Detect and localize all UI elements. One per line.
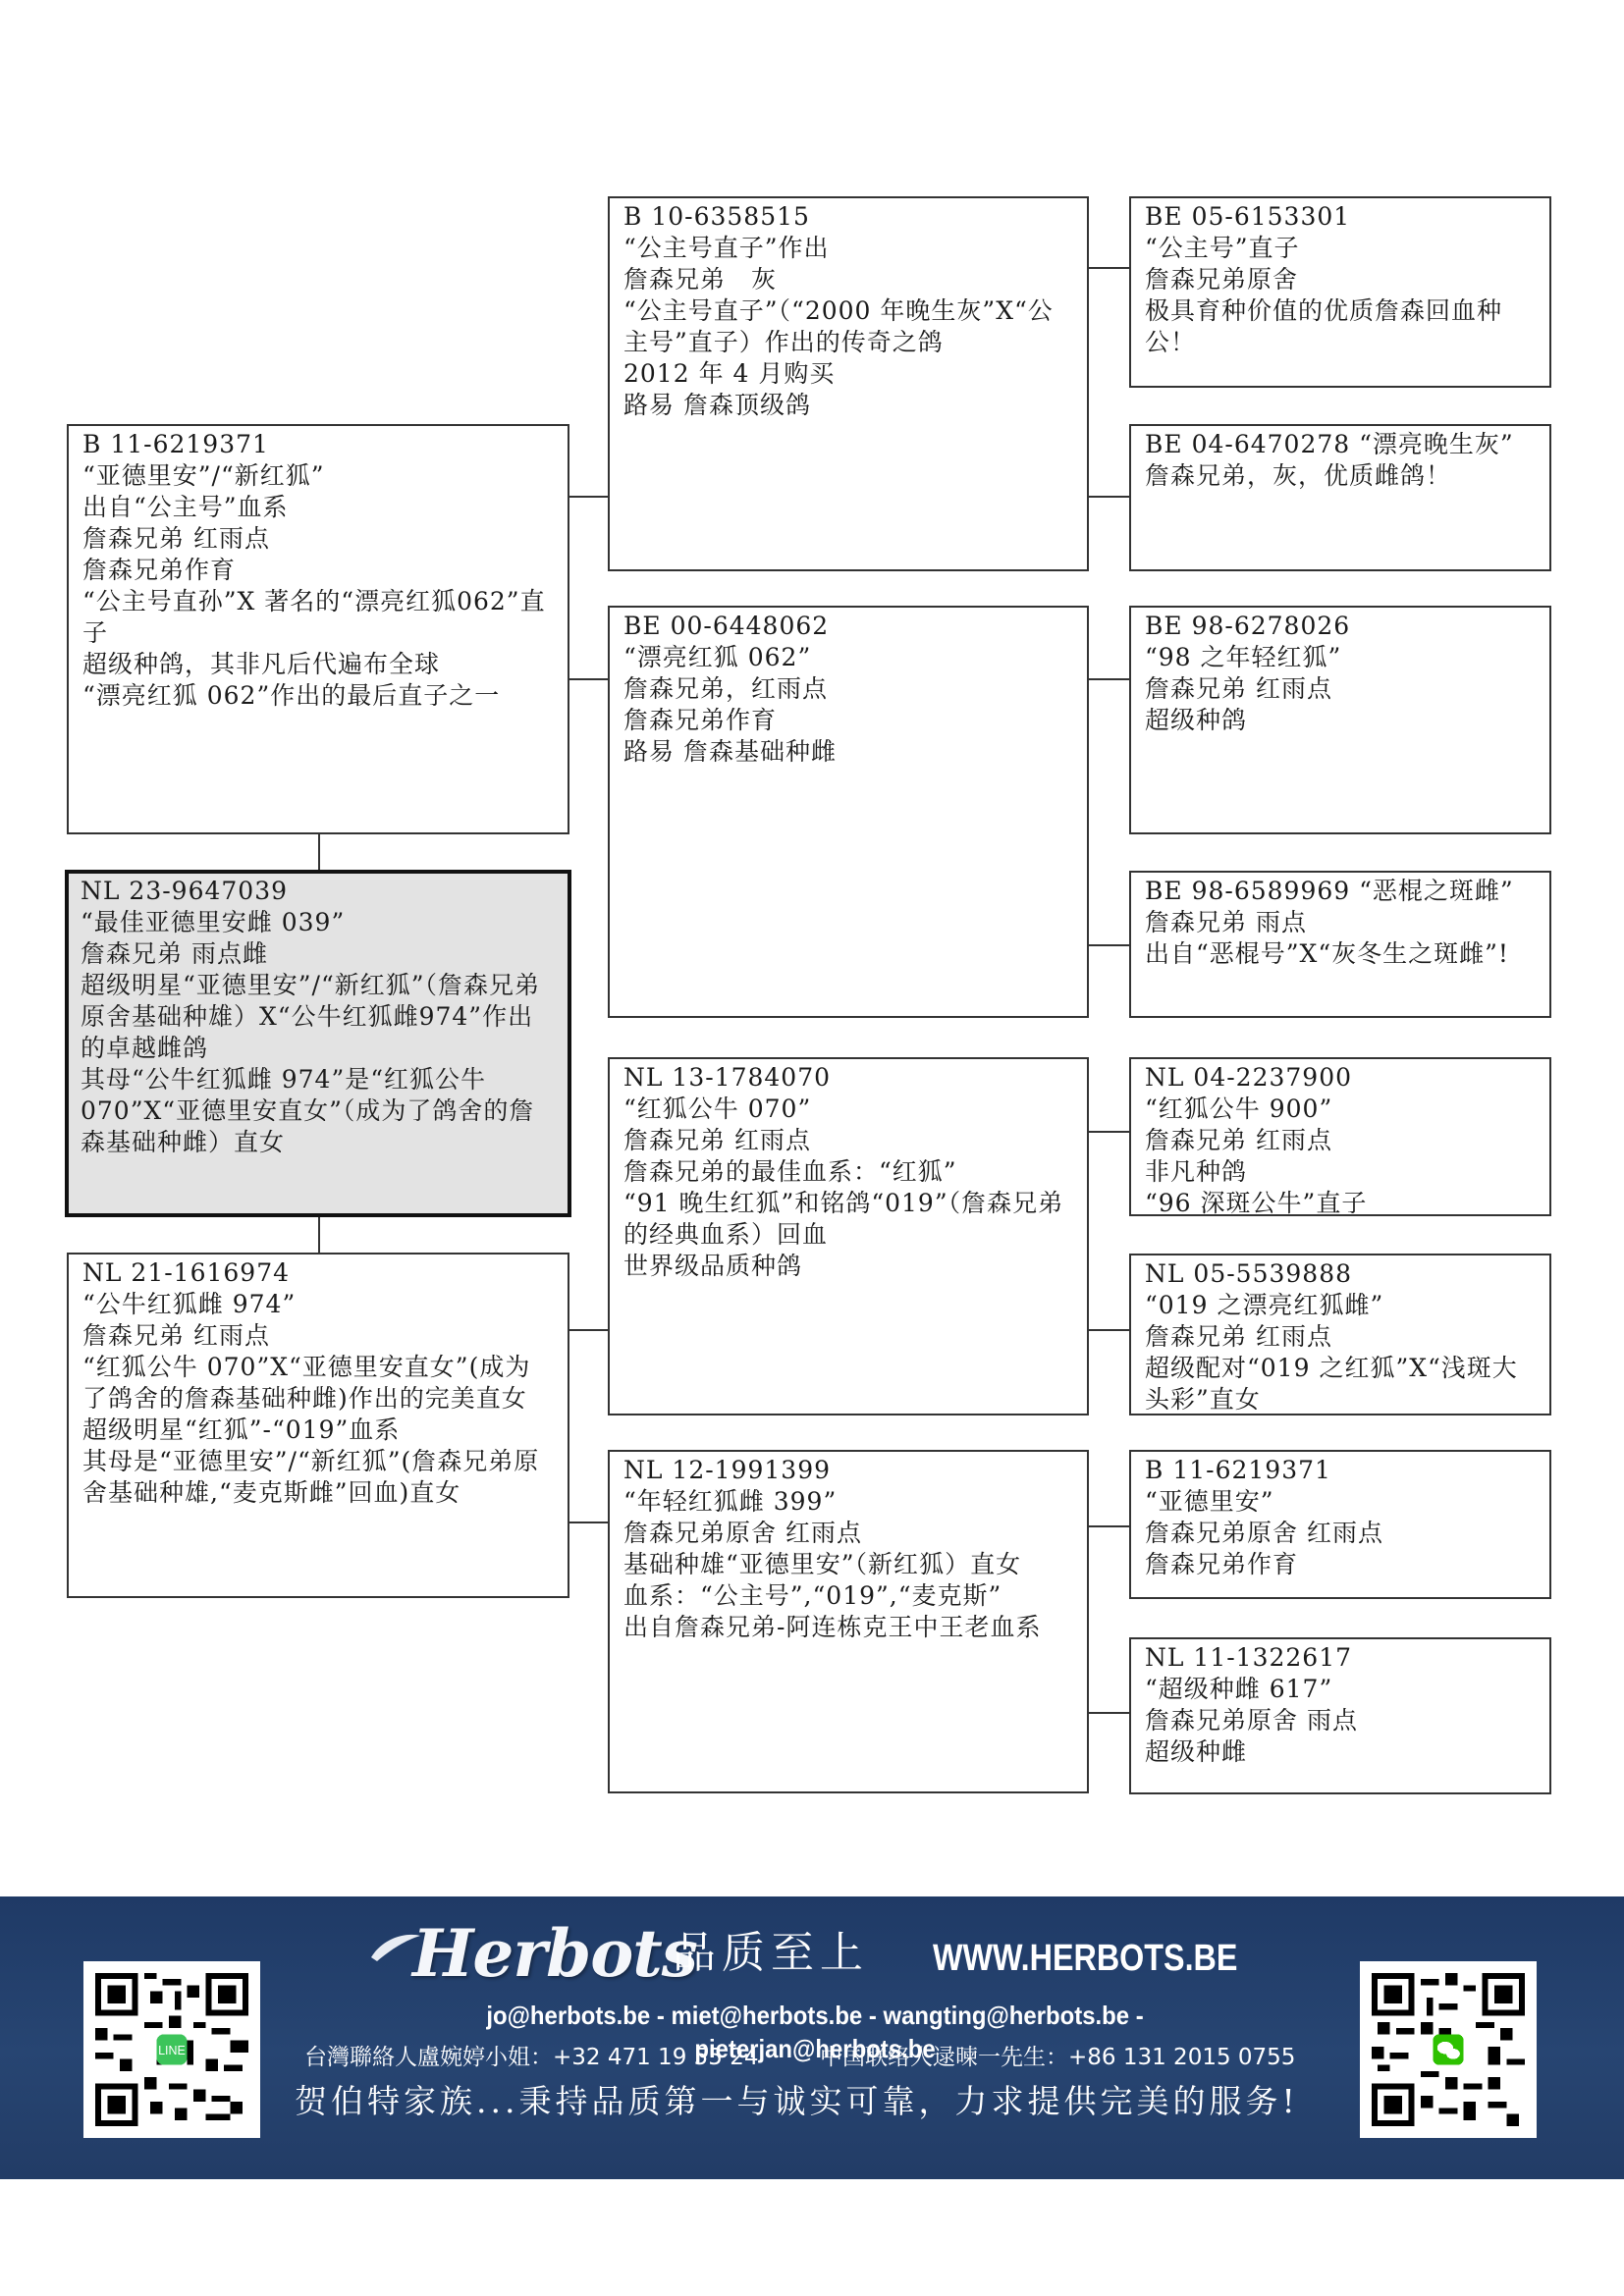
ring-number: NL 05-5539888 (1145, 1258, 1536, 1290)
pigeon-note: 詹森兄弟作育 (623, 705, 1073, 736)
brand-header: Herbots 品质至上 WWW.HERBOTS.BE (373, 1914, 1247, 1993)
ring-number: B 11-6219371 (1145, 1455, 1536, 1486)
sire-note: “漂亮红狐 062”作出的最后直子之一 (82, 680, 554, 712)
sire-ring-number: B 11-6219371 (82, 429, 554, 460)
subject-card: NL 23-9647039 “最佳亚德里安雌 039” 詹森兄弟 雨点雌 超级明… (65, 870, 571, 1217)
sire-color: 詹森兄弟 红雨点 (82, 523, 554, 555)
dam-ring-number: NL 21-1616974 (82, 1257, 554, 1289)
connector (1089, 944, 1129, 946)
connector (1089, 267, 1129, 269)
great-grandparent-card: BE 04-6470278 “漂亮晚生灰” 詹森兄弟，灰，优质雌鸽！ (1129, 424, 1551, 571)
pigeon-color: 詹森兄弟 雨点 (1145, 907, 1536, 938)
ring-number: BE 00-6448062 (623, 611, 1073, 642)
pigeon-note: 超级种鸽 (1145, 705, 1536, 736)
pigeon-name: “公主号直子”作出 (623, 233, 1073, 264)
pigeon-name: “亚德里安” (1145, 1486, 1536, 1518)
pigeon-note: “96 深斑公牛”直子 (1145, 1188, 1536, 1216)
ring-number: NL 12-1991399 (623, 1455, 1073, 1486)
sire-card: B 11-6219371 “亚德里安”/“新红狐” 出自“公主号”血系 詹森兄弟… (67, 424, 569, 834)
pigeon-note: 超级种雌 (1145, 1736, 1536, 1768)
connector (318, 1217, 320, 1253)
pigeon-note: 詹森兄弟，灰，优质雌鸽！ (1145, 460, 1536, 492)
great-grandparent-card: NL 05-5539888 “019 之漂亮红狐雌” 詹森兄弟 红雨点 超级配对… (1129, 1254, 1551, 1415)
pigeon-note: 詹森兄弟作育 (1145, 1549, 1536, 1580)
great-grandparent-card: NL 11-1322617 “超级种雌 617” 詹森兄弟原舍 雨点 超级种雌 (1129, 1637, 1551, 1794)
pigeon-color: 詹森兄弟，红雨点 (623, 673, 1073, 705)
connector (1089, 678, 1129, 680)
sire-breeder: 詹森兄弟作育 (82, 555, 554, 586)
sire-dam-card: BE 00-6448062 “漂亮红狐 062” 詹森兄弟，红雨点 詹森兄弟作育… (608, 606, 1089, 1018)
ring-number: NL 11-1322617 (1145, 1642, 1536, 1674)
pigeon-color: 詹森兄弟 红雨点 (1145, 1321, 1536, 1353)
pigeon-name: “漂亮红狐 062” (623, 642, 1073, 673)
ring-number: B 10-6358515 (623, 201, 1073, 233)
subject-ring-number: NL 23-9647039 (81, 876, 556, 907)
pigeon-name: “红狐公牛 070” (623, 1094, 1073, 1125)
pigeon-note: 超级配对“019 之红狐”X“浅斑大头彩”直女 (1145, 1353, 1536, 1415)
dam-note: “红狐公牛 070”X“亚德里安直女”(成为了鸽舍的詹森基础种雌)作出的完美直女 (82, 1352, 554, 1415)
pigeon-note: 非凡种鸽 (1145, 1156, 1536, 1188)
subject-note: 超级明星“亚德里安”/“新红狐”（詹森兄弟原舍基础种雄）X“公牛红狐雌974”作… (81, 970, 556, 1064)
ring-number: BE 98-6589969 “恶棍之斑雌” (1145, 876, 1536, 907)
connector (569, 496, 608, 498)
connector (1089, 496, 1129, 498)
sire-note: 超级种鸽，其非凡后代遍布全球 (82, 649, 554, 680)
connector (318, 834, 320, 871)
subject-color: 詹森兄弟 雨点雌 (81, 938, 556, 970)
great-grandparent-card: B 11-6219371 “亚德里安” 詹森兄弟原舍 红雨点 詹森兄弟作育 (1129, 1450, 1551, 1599)
connector (1089, 1131, 1129, 1133)
great-grandparent-card: BE 05-6153301 “公主号”直子 詹森兄弟原舍 极具育种价值的优质詹森… (1129, 196, 1551, 388)
wechat-qr-code[interactable] (1360, 1961, 1537, 2138)
pigeon-note: “公主号直子”（“2000 年晚生灰”X“公主号”直子）作出的传奇之鸽 (623, 295, 1073, 358)
pigeon-color: 詹森兄弟原舍 红雨点 (1145, 1518, 1536, 1549)
pigeon-name: “超级种雌 617” (1145, 1674, 1536, 1705)
great-grandparent-card: NL 04-2237900 “红狐公牛 900” 詹森兄弟 红雨点 非凡种鸽 “… (1129, 1057, 1551, 1216)
brand-logo: Herbots (412, 1914, 697, 1993)
pigeon-name: “红狐公牛 900” (1145, 1094, 1536, 1125)
subject-note: 其母“公牛红狐雌 974”是“红狐公牛070”X“亚德里安直女”（成为了鸽舍的詹… (81, 1064, 556, 1158)
pigeon-note: 极具育种价值的优质詹森回血种公！ (1145, 295, 1536, 358)
connector (569, 1329, 608, 1331)
dam-color: 詹森兄弟 红雨点 (82, 1320, 554, 1352)
dam-note: 其母是“亚德里安”/“新红狐”(詹森兄弟原舍基础种雄,“麦克斯雌”回血)直女 (82, 1446, 554, 1509)
pigeon-color: 詹森兄弟 灰 (623, 264, 1073, 295)
footer-banner: LINE Herbots 品质至上 WWW.HERBOTS.BE jo@herb… (0, 1896, 1624, 2179)
tagline: 贺伯特家族...秉持品质第一与诚实可靠，力求提供完美的服务! (295, 2079, 1326, 2124)
pigeon-color: 詹森兄弟原舍 红雨点 (623, 1518, 1073, 1549)
great-grandparent-card: BE 98-6589969 “恶棍之斑雌” 詹森兄弟 雨点 出自“恶棍号”X“灰… (1129, 871, 1551, 1018)
taiwan-contact: 台灣聯絡人盧婉婷小姐：+32 471 19 55 24 (304, 2042, 758, 2073)
pigeon-note: 血系：“公主号”,“019”,“麦克斯” (623, 1580, 1073, 1612)
connector (1089, 1525, 1129, 1527)
svg-text:LINE: LINE (158, 2044, 186, 2057)
pigeon-name: “年轻红狐雌 399” (623, 1486, 1073, 1518)
pigeon-name: “公主号”直子 (1145, 233, 1536, 264)
dam-note: 超级明星“红狐”-“019”血系 (82, 1415, 554, 1446)
connector (1089, 1329, 1129, 1331)
connector (569, 678, 608, 680)
ring-number: NL 13-1784070 (623, 1062, 1073, 1094)
pigeon-note: 2012 年 4 月购买 (623, 358, 1073, 390)
pigeon-note: 路易 詹森基础种雌 (623, 736, 1073, 768)
great-grandparent-card: BE 98-6278026 “98 之年轻红狐” 詹森兄弟 红雨点 超级种鸽 (1129, 606, 1551, 834)
pigeon-note: “91 晚生红狐”和铭鸽“019”（詹森兄弟的经典血系）回血 (623, 1188, 1073, 1251)
china-contact: 中国联络人逯暕一先生：+86 131 2015 0755 (820, 2042, 1295, 2073)
line-qr-code[interactable]: LINE (83, 1961, 260, 2138)
pigeon-note: 詹森兄弟的最佳血系：“红狐” (623, 1156, 1073, 1188)
dam-sire-card: NL 13-1784070 “红狐公牛 070” 詹森兄弟 红雨点 詹森兄弟的最… (608, 1057, 1089, 1415)
ring-number: NL 04-2237900 (1145, 1062, 1536, 1094)
pigeon-note: 世界级品质种鸽 (623, 1251, 1073, 1282)
pigeon-name: “98 之年轻红狐” (1145, 642, 1536, 673)
ring-number: BE 04-6470278 “漂亮晚生灰” (1145, 429, 1536, 460)
pigeon-note: 基础种雄“亚德里安”（新红狐）直女 (623, 1549, 1073, 1580)
subject-name: “最佳亚德里安雌 039” (81, 907, 556, 938)
dam-name: “公牛红狐雌 974” (82, 1289, 554, 1320)
website-link[interactable]: WWW.HERBOTS.BE (933, 1934, 1237, 1983)
sire-name: “亚德里安”/“新红狐” (82, 460, 554, 492)
pigeon-color: 詹森兄弟 红雨点 (1145, 673, 1536, 705)
pigeon-color: 詹森兄弟 红雨点 (1145, 1125, 1536, 1156)
connector (569, 1522, 608, 1523)
connector (1089, 1712, 1129, 1714)
ring-number: BE 05-6153301 (1145, 201, 1536, 233)
ring-number: BE 98-6278026 (1145, 611, 1536, 642)
pigeon-name: “019 之漂亮红狐雌” (1145, 1290, 1536, 1321)
pigeon-note: 出自“恶棍号”X“灰冬生之斑雌”! (1145, 938, 1536, 970)
pigeon-color: 詹森兄弟原舍 雨点 (1145, 1705, 1536, 1736)
sire-line: 出自“公主号”血系 (82, 492, 554, 523)
pigeon-note: 路易 詹森顶级鸽 (623, 390, 1073, 421)
sire-note: “公主号直孙”X 著名的“漂亮红狐062”直子 (82, 586, 554, 649)
dam-dam-card: NL 12-1991399 “年轻红狐雌 399” 詹森兄弟原舍 红雨点 基础种… (608, 1450, 1089, 1793)
sire-sire-card: B 10-6358515 “公主号直子”作出 詹森兄弟 灰 “公主号直子”（“2… (608, 196, 1089, 571)
brand-slogan: 品质至上 (673, 1924, 869, 1983)
dam-card: NL 21-1616974 “公牛红狐雌 974” 詹森兄弟 红雨点 “红狐公牛… (67, 1253, 569, 1598)
pigeon-color: 詹森兄弟原舍 (1145, 264, 1536, 295)
pigeon-color: 詹森兄弟 红雨点 (623, 1125, 1073, 1156)
pigeon-note: 出自詹森兄弟-阿连栋克王中王老血系 (623, 1612, 1073, 1643)
